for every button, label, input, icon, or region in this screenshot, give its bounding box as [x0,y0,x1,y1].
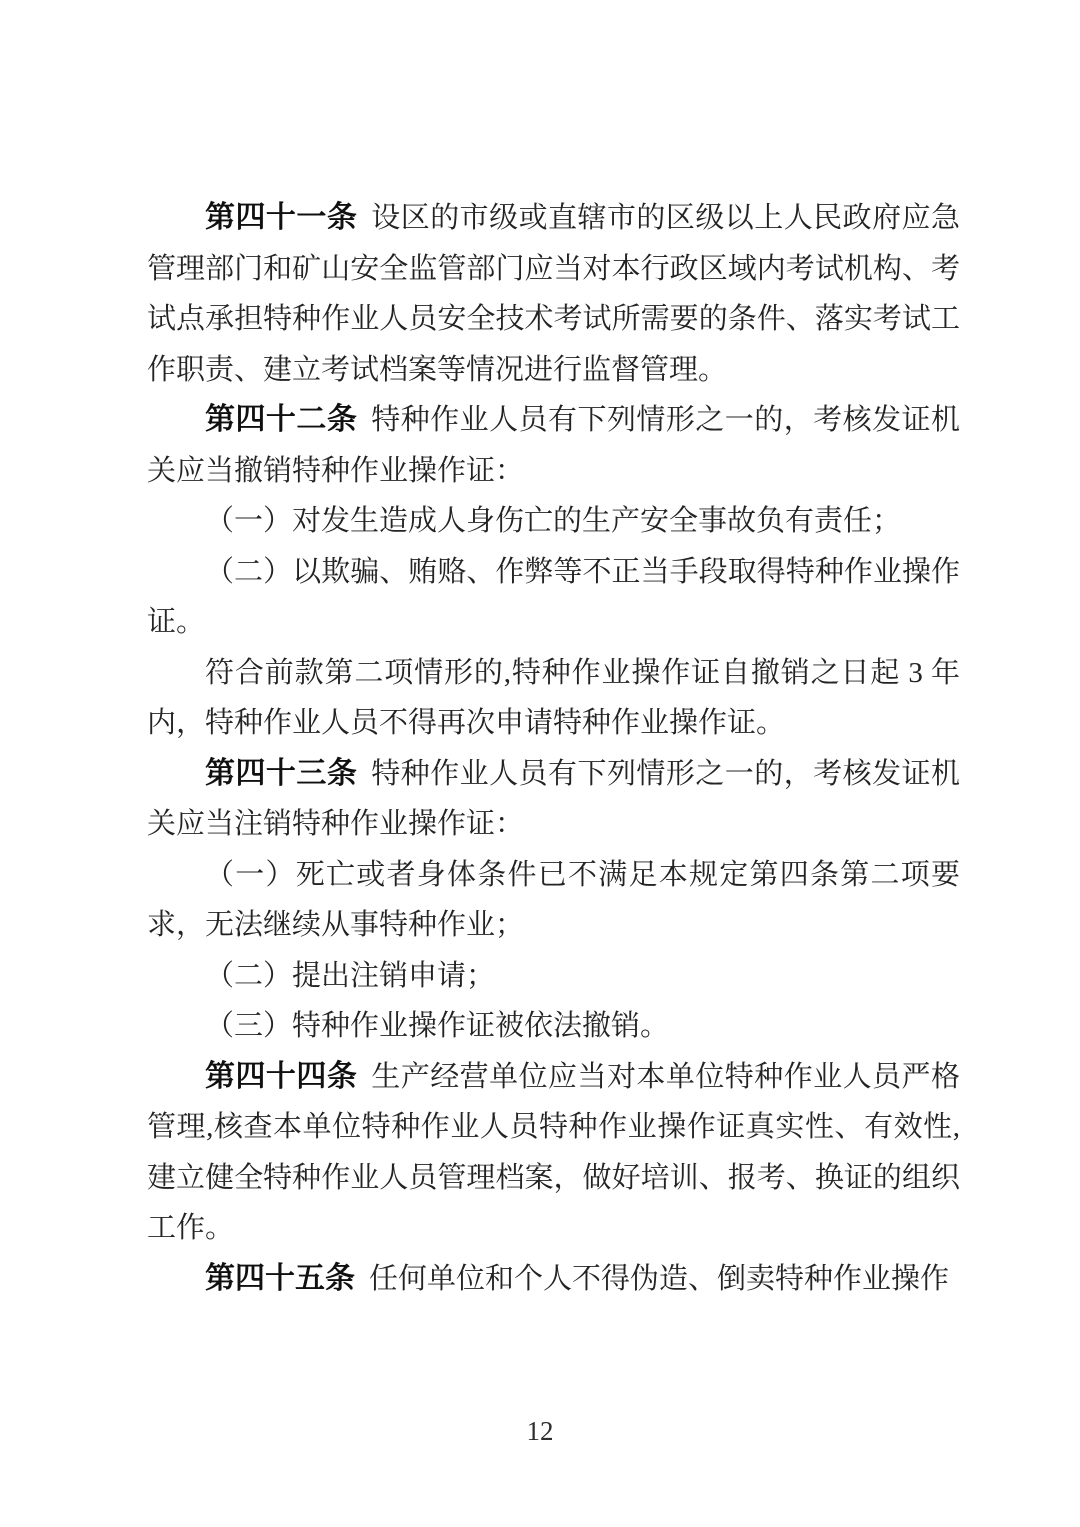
article-number-45: 第四十五条 [205,1262,355,1295]
doc-line-text: 证。 [147,606,205,638]
doc-line: （二）以欺骗、贿赂、作弊等不正当手段取得特种作业操作 [147,547,960,598]
article-number-41: 第四十一条 [205,201,357,234]
article-number-44: 第四十四条 [205,1060,357,1093]
doc-line: 证。 [147,597,960,648]
doc-line: 第四十一条设区的市级或直辖市的区级以上人民政府应急 [147,193,960,244]
doc-line: 关应当注销特种作业操作证： [147,799,960,850]
doc-line-text: 特种作业人员有下列情形之一的，考核发证机 [371,758,960,790]
page-number: 12 [0,1414,1080,1448]
page-content: 第四十一条设区的市级或直辖市的区级以上人民政府应急 管理部门和矿山安全监管部门应… [147,193,960,1304]
doc-line-text: 试点承担特种作业人员安全技术考试所需要的条件、落实考试工 [147,303,960,335]
doc-line-text: 工作。 [147,1212,234,1244]
doc-line-text: 建立健全特种作业人员管理档案，做好培训、报考、换证的组织 [147,1162,960,1194]
doc-line-text: （二）提出注销申请； [205,960,495,992]
doc-line-text: 管理,核查本单位特种作业人员特种作业操作证真实性、有效性, [147,1111,960,1143]
doc-line-text: 关应当注销特种作业操作证： [147,808,524,840]
doc-line: 工作。 [147,1203,960,1254]
doc-line: （一）对发生造成人身伤亡的生产安全事故负有责任； [147,496,960,547]
doc-line: 第四十四条生产经营单位应当对本单位特种作业人员严格 [147,1052,960,1103]
doc-line: （三）特种作业操作证被依法撤销。 [147,1001,960,1052]
doc-line-text: 关应当撤销特种作业操作证： [147,455,524,487]
article-number-42: 第四十二条 [205,403,357,436]
article-number-43: 第四十三条 [205,757,357,790]
doc-line-text: 作职责、建立考试档案等情况进行监督管理。 [147,354,727,386]
doc-line: 求，无法继续从事特种作业； [147,900,960,951]
doc-line: （一）死亡或者身体条件已不满足本规定第四条第二项要 [147,850,960,901]
doc-line: 内，特种作业人员不得再次申请特种作业操作证。 [147,698,960,749]
doc-line: 符合前款第二项情形的,特种作业操作证自撤销之日起 3 年 [147,648,960,699]
doc-line: 作职责、建立考试档案等情况进行监督管理。 [147,345,960,396]
doc-line-text: 求，无法继续从事特种作业； [147,909,524,941]
doc-line: 第四十五条任何单位和个人不得伪造、倒卖特种作业操作 [147,1254,960,1305]
doc-line: 第四十三条特种作业人员有下列情形之一的，考核发证机 [147,749,960,800]
doc-line: 管理,核查本单位特种作业人员特种作业操作证真实性、有效性, [147,1102,960,1153]
doc-line-text: （三）特种作业操作证被依法撤销。 [205,1010,669,1042]
doc-line-text: （二）以欺骗、贿赂、作弊等不正当手段取得特种作业操作 [205,556,960,588]
doc-line-text: 管理部门和矿山安全监管部门应当对本行政区域内考试机构、考 [147,253,960,285]
doc-line: 管理部门和矿山安全监管部门应当对本行政区域内考试机构、考 [147,244,960,295]
doc-line: 关应当撤销特种作业操作证： [147,446,960,497]
doc-line-text: 设区的市级或直辖市的区级以上人民政府应急 [371,202,960,234]
doc-line: 建立健全特种作业人员管理档案，做好培训、报考、换证的组织 [147,1153,960,1204]
doc-line: （二）提出注销申请； [147,951,960,1002]
doc-line-text: 特种作业人员有下列情形之一的，考核发证机 [371,404,960,436]
doc-line: 试点承担特种作业人员安全技术考试所需要的条件、落实考试工 [147,294,960,345]
doc-line-text: 任何单位和个人不得伪造、倒卖特种作业操作 [369,1263,949,1295]
document-page: 第四十一条设区的市级或直辖市的区级以上人民政府应急 管理部门和矿山安全监管部门应… [0,0,1080,1527]
doc-line-text: （一）对发生造成人身伤亡的生产安全事故负有责任； [205,505,901,537]
doc-line-text: 内，特种作业人员不得再次申请特种作业操作证。 [147,707,785,739]
doc-line: 第四十二条特种作业人员有下列情形之一的，考核发证机 [147,395,960,446]
doc-line-text: （一）死亡或者身体条件已不满足本规定第四条第二项要 [205,859,960,891]
doc-line-text: 符合前款第二项情形的,特种作业操作证自撤销之日起 3 年 [205,657,960,689]
doc-line-text: 生产经营单位应当对本单位特种作业人员严格 [371,1061,960,1093]
